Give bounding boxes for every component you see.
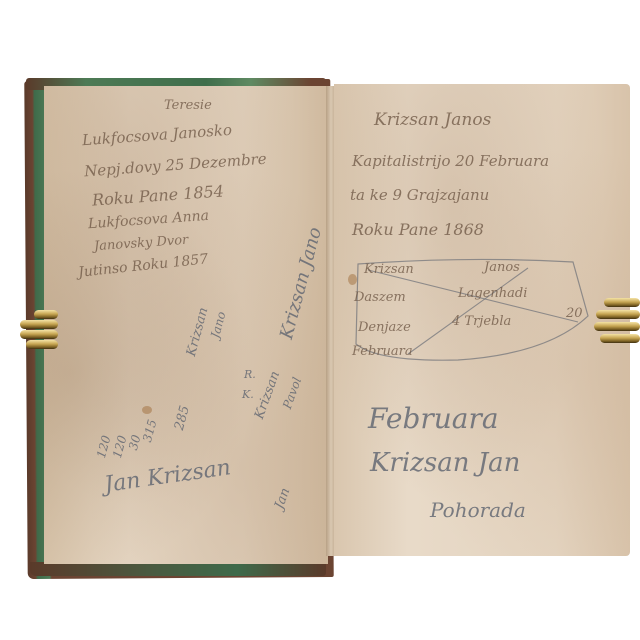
ink-line: Roku Pane 1868 — [352, 220, 484, 239]
ink-line: Roku Pane 1854 — [91, 181, 224, 209]
bottom-signature: Jan Krizsan — [103, 455, 233, 497]
pencil-number: 315 — [140, 418, 159, 444]
ink-line: Nepj.dovy 25 Dezembre — [84, 150, 268, 181]
page-stain — [142, 406, 152, 414]
ink-line: ta ke 9 Grajzajanu — [350, 186, 489, 204]
pencil-line: Pohorada — [430, 498, 526, 522]
pencil-number: 285 — [172, 404, 193, 432]
boxed-note-text: Daszem — [354, 290, 406, 305]
boxed-note-text: Janos — [484, 260, 520, 275]
boxed-note-text: 20 — [566, 306, 583, 321]
pencil-note: R. — [244, 368, 256, 381]
pencil-line: Krizsan Jan — [370, 448, 520, 478]
ink-line: Krizsan Janos — [374, 110, 491, 130]
pencil-note: Jano — [208, 310, 228, 340]
pencil-note: Krizsan — [184, 306, 211, 358]
ink-line: Lukfocsova Janosko — [82, 121, 233, 149]
boxed-note-text: Lagenhadi — [458, 286, 527, 301]
cover-bottom-edge — [30, 562, 326, 576]
book-photo: Teresie Lukfocsova Janosko Nepj.dovy 25 … — [0, 0, 640, 640]
left-page: Teresie Lukfocsova Janosko Nepj.dovy 25 … — [44, 86, 328, 564]
pencil-note: Jan — [272, 486, 293, 511]
boxed-note-text: Krizsan — [364, 262, 414, 277]
ink-line: Janovsky Dvor — [94, 233, 189, 255]
ink-line: Teresie — [164, 98, 212, 113]
pencil-line: Februara — [368, 402, 499, 435]
pencil-note: Krizsan — [252, 369, 283, 421]
ink-line: Jutinso Roku 1857 — [78, 251, 209, 281]
page-stain — [348, 274, 357, 285]
ink-line: Lukfocsova Anna — [88, 208, 210, 232]
pencil-note: K. — [242, 388, 254, 401]
pencil-note: Pavol — [280, 375, 304, 410]
boxed-note-text: Denjaze — [358, 320, 411, 335]
vertical-signature: Krizsan Jano — [276, 225, 326, 341]
right-page: Krizsan Janos Kapitalistrijo 20 Februara… — [334, 84, 630, 556]
boxed-note-text: Februara — [352, 344, 413, 359]
boxed-note-text: 4 Trjebla — [452, 314, 511, 329]
ink-line: Kapitalistrijo 20 Februara — [352, 152, 549, 170]
